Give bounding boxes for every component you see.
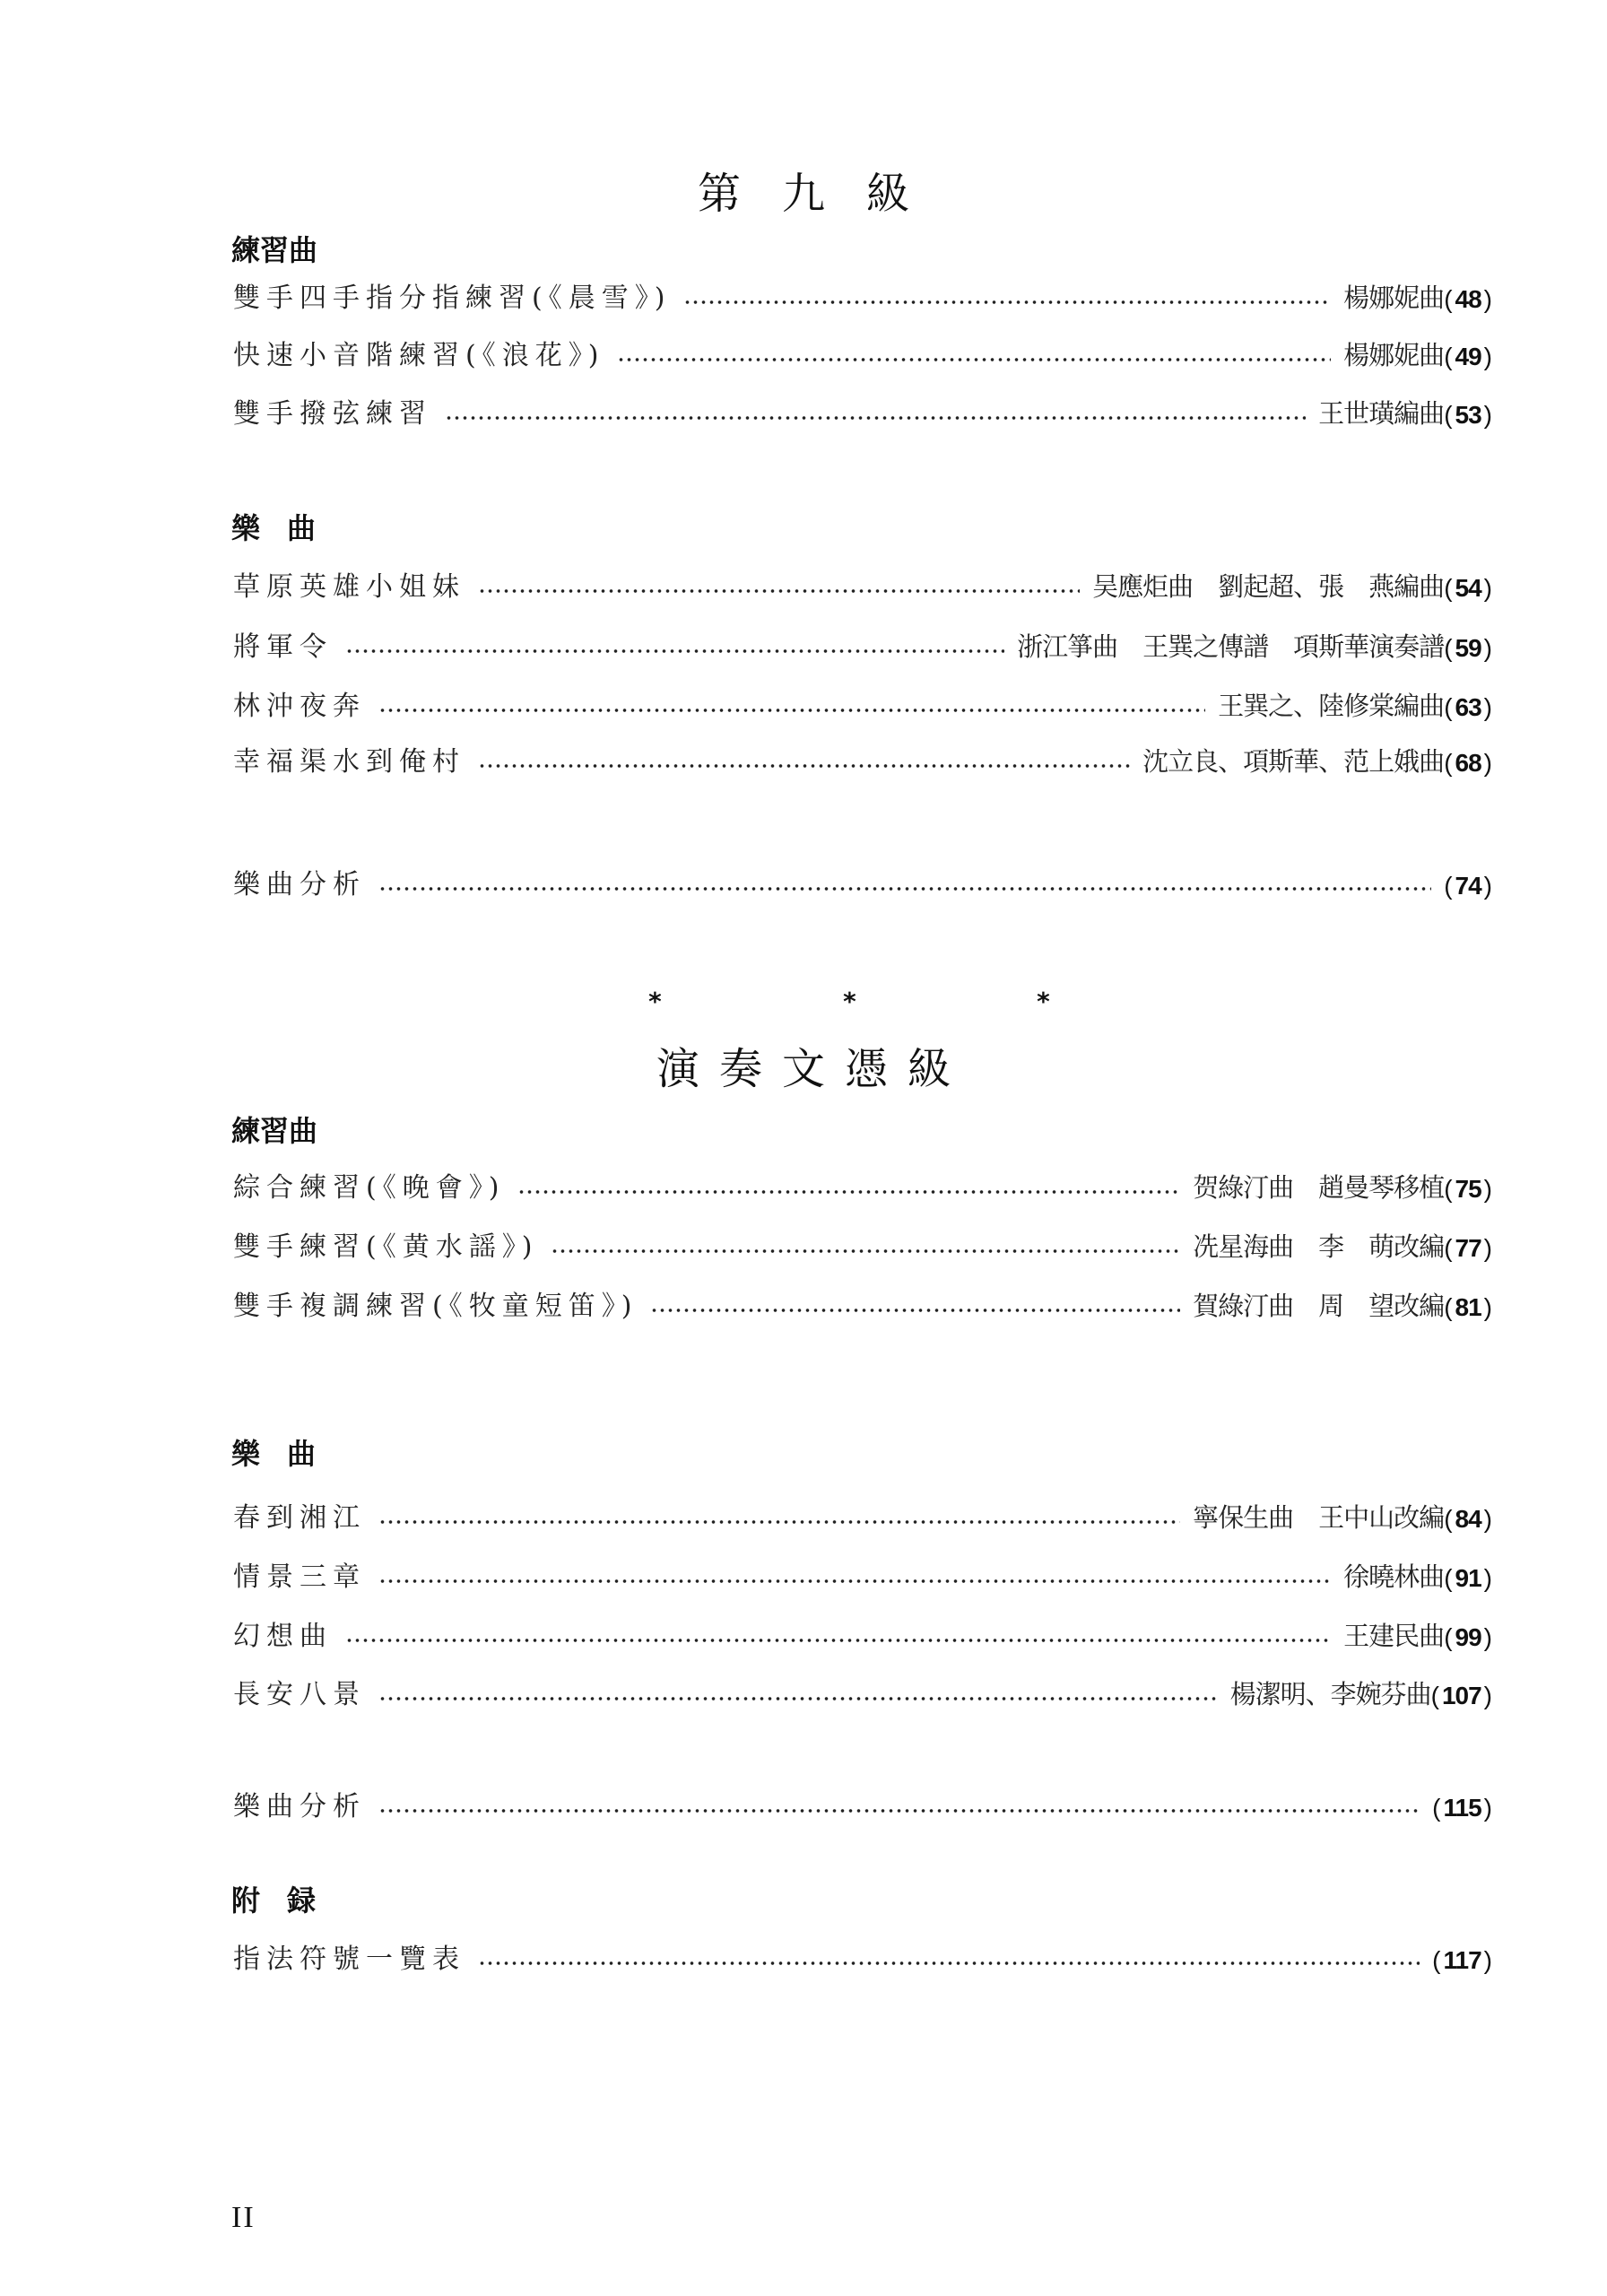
entry-title: 指法符號一覽表: [233, 1946, 465, 1973]
dot-leader: [378, 1519, 1180, 1525]
toc-entry[interactable]: 春到湘江 寧保生曲 王中山改編 (84): [233, 1496, 1492, 1532]
dot-leader: [617, 357, 1331, 362]
entry-title: 雙手四手指分指練習(《晨雪》): [233, 285, 671, 312]
entry-title: 快速小音階練習(《浪花》): [233, 343, 604, 370]
entry-page-number: (91): [1444, 1566, 1492, 1591]
dot-leader: [551, 1248, 1180, 1254]
dot-leader: [445, 415, 1306, 421]
asterisk-icon: *: [1036, 989, 1051, 1014]
dot-leader: [478, 1961, 1420, 1966]
toc-entry[interactable]: 將軍令 浙江箏曲 王巽之傳譜 項斯華演奏譜 (59): [233, 625, 1492, 661]
entry-page-number: (81): [1444, 1295, 1492, 1320]
dot-leader: [378, 886, 1431, 891]
toc-entry[interactable]: 林沖夜奔 王巽之、陸修棠編曲 (63): [233, 684, 1492, 720]
toc-entry[interactable]: 情景三章 徐曉林曲 (91): [233, 1555, 1492, 1591]
entry-title: 幻想曲: [233, 1623, 333, 1650]
toc-entry[interactable]: 雙手四手指分指練習(《晨雪》) 楊娜妮曲 (48): [233, 276, 1492, 312]
dot-leader: [683, 300, 1331, 305]
level-title-grade9: 第九級: [0, 172, 1607, 215]
entry-page-number: (63): [1444, 695, 1492, 720]
entry-page-number: (49): [1444, 344, 1492, 370]
entry-credit: 寧保生曲 王中山改編: [1193, 1506, 1444, 1532]
section-heading-appendix: 附録: [231, 1886, 343, 1915]
entry-page-number: (117): [1432, 1948, 1492, 1973]
entry-page-number: (84): [1444, 1507, 1492, 1532]
entry-title: 將軍令: [233, 634, 333, 661]
entry-title: 樂曲分析: [233, 872, 366, 899]
dot-leader: [378, 1808, 1420, 1813]
toc-entry[interactable]: 雙手複調練習(《牧童短笛》) 賀綠汀曲 周 望改編 (81): [233, 1284, 1492, 1320]
entry-page-number: (107): [1431, 1683, 1492, 1709]
entry-title: 草原英雄小姐妹: [233, 574, 465, 601]
dot-leader: [345, 1638, 1331, 1643]
section-heading-pieces: 樂曲: [231, 1439, 343, 1468]
toc-entry[interactable]: 雙手練習(《黄水謡》) 冼星海曲 李 萌改編 (77): [233, 1225, 1492, 1261]
entry-title: 長安八景: [233, 1682, 366, 1709]
entry-title: 雙手撥弦練習: [233, 401, 432, 428]
entry-page-number: (77): [1444, 1236, 1492, 1261]
entry-title: 雙手複調練習(《牧童短笛》): [233, 1293, 638, 1320]
dot-leader: [345, 648, 1004, 654]
entry-page-number: (48): [1444, 287, 1492, 312]
entry-page-number: (115): [1432, 1796, 1492, 1821]
section-heading-etudes: 練習曲: [231, 236, 317, 265]
entry-page-number: (68): [1444, 751, 1492, 776]
entry-page-number: (75): [1444, 1177, 1492, 1202]
dot-leader: [517, 1189, 1180, 1195]
section-heading-pieces: 樂曲: [231, 514, 343, 543]
toc-entry[interactable]: 綜合練習(《晚會》) 贺綠汀曲 趙曼琴移植 (75): [233, 1166, 1492, 1202]
entry-credit: 楊潔明、李婉芬曲: [1230, 1683, 1431, 1709]
toc-entry[interactable]: 草原英雄小姐妹 吴應炬曲 劉起超、張 燕編曲 (54): [233, 565, 1492, 601]
dot-leader: [650, 1308, 1180, 1313]
toc-entry-analysis[interactable]: 樂曲分析 (74): [233, 863, 1492, 899]
entry-title: 樂曲分析: [233, 1794, 366, 1821]
entry-credit: 浙江箏曲 王巽之傳譜 項斯華演奏譜: [1017, 635, 1444, 661]
entry-credit: 王建民曲: [1343, 1624, 1444, 1650]
dot-leader: [378, 708, 1205, 713]
entry-credit: 楊娜妮曲: [1343, 286, 1444, 312]
dot-leader: [378, 1578, 1331, 1584]
dot-leader: [378, 1696, 1218, 1701]
toc-page: 第九級 練習曲 雙手四手指分指練習(《晨雪》) 楊娜妮曲 (48) 快速小音階練…: [0, 0, 1607, 2296]
asterisk-icon: *: [842, 989, 857, 1014]
entry-credit: 冼星海曲 李 萌改編: [1193, 1235, 1444, 1261]
entry-credit: 賀綠汀曲 周 望改編: [1193, 1294, 1444, 1320]
entry-credit: 吴應炬曲 劉起超、張 燕編曲: [1092, 575, 1444, 601]
entry-credit: 王巽之、陸修棠編曲: [1218, 694, 1444, 720]
entry-title: 幸福渠水到俺村: [233, 749, 465, 776]
dot-leader: [478, 763, 1130, 769]
level-title-diploma: 演奏文憑級: [0, 1048, 1607, 1091]
toc-entry[interactable]: 快速小音階練習(《浪花》) 楊娜妮曲 (49): [233, 334, 1492, 370]
entry-page-number: (99): [1444, 1625, 1492, 1650]
toc-entry[interactable]: 雙手撥弦練習 王世璜編曲 (53): [233, 392, 1492, 428]
entry-credit: 贺綠汀曲 趙曼琴移植: [1193, 1176, 1444, 1202]
entry-page-number: (59): [1444, 636, 1492, 661]
entry-page-number: (54): [1444, 576, 1492, 601]
toc-entry[interactable]: 幻想曲 王建民曲 (99): [233, 1614, 1492, 1650]
asterisk-icon: *: [647, 989, 663, 1014]
section-separator: * * *: [0, 989, 1607, 1016]
toc-entry-analysis[interactable]: 樂曲分析 (115): [233, 1785, 1492, 1821]
entry-title: 春到湘江: [233, 1505, 366, 1532]
toc-entry[interactable]: 長安八景 楊潔明、李婉芬曲 (107): [233, 1673, 1492, 1709]
section-heading-etudes: 練習曲: [231, 1117, 317, 1145]
toc-entry[interactable]: 幸福渠水到俺村 沈立良、項斯華、范上娥曲 (68): [233, 740, 1492, 776]
toc-entry[interactable]: 指法符號一覽表 (117): [233, 1937, 1492, 1973]
entry-credit: 楊娜妮曲: [1343, 344, 1444, 370]
page-folio: II: [231, 2203, 256, 2233]
entry-credit: 沈立良、項斯華、范上娥曲: [1142, 750, 1444, 776]
entry-title: 綜合練習(《晚會》): [233, 1175, 505, 1202]
entry-credit: 王世璜編曲: [1318, 402, 1444, 428]
entry-credit: 徐曉林曲: [1343, 1565, 1444, 1591]
dot-leader: [478, 588, 1080, 594]
entry-page-number: (53): [1444, 403, 1492, 428]
entry-page-number: (74): [1444, 874, 1492, 899]
entry-title: 雙手練習(《黄水謡》): [233, 1234, 538, 1261]
entry-title: 情景三章: [233, 1564, 366, 1591]
entry-title: 林沖夜奔: [233, 693, 366, 720]
